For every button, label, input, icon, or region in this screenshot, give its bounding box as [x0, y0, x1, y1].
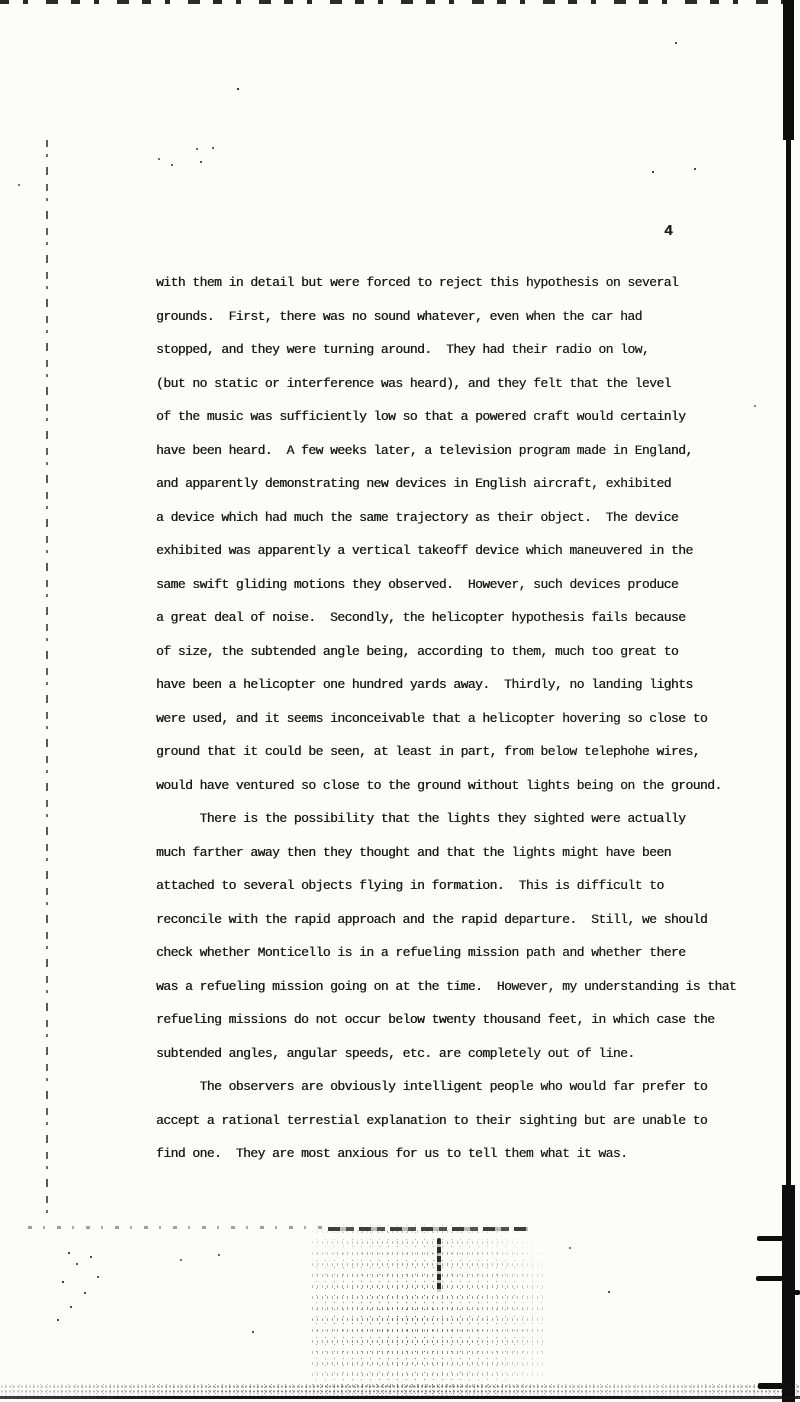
text-line: attached to several objects flying in fo…: [156, 869, 766, 903]
text-line: have been a helicopter one hundred yards…: [156, 668, 766, 702]
scan-artifact-speckle-cloud: [312, 1222, 547, 1400]
text-line: find one. They are most anxious for us t…: [156, 1137, 766, 1171]
scan-artifact-vertical-smudge: [437, 1238, 441, 1292]
scan-artifact-right-bar-top: [783, 0, 794, 140]
text-line: were used, and it seems inconceivable th…: [156, 702, 766, 736]
text-line: grounds. First, there was no sound whate…: [156, 300, 766, 334]
text-line: of the music was sufficiently low so tha…: [156, 400, 766, 434]
text-line: much farther away then they thought and …: [156, 836, 766, 870]
scan-artifact-tick-mark: [757, 1236, 784, 1241]
scan-artifact-bottom-edge-line: [0, 1396, 800, 1399]
text-line: a great deal of noise. Secondly, the hel…: [156, 601, 766, 635]
scan-artifact-speck-dots: [0, 0, 2, 2]
text-line: would have ventured so close to the grou…: [156, 769, 766, 803]
text-line: of size, the subtended angle being, acco…: [156, 635, 766, 669]
text-line: and apparently demonstrating new devices…: [156, 467, 766, 501]
text-line: ground that it could be seen, at least i…: [156, 735, 766, 769]
scan-artifact-dashed-line: [28, 1226, 328, 1229]
page-number: 4: [664, 223, 673, 240]
text-line: same swift gliding motions they observed…: [156, 568, 766, 602]
text-line: stopped, and they were turning around. T…: [156, 333, 766, 367]
scan-artifact-top-edge: [0, 0, 800, 4]
text-line: with them in detail but were forced to r…: [156, 266, 766, 300]
scan-artifact-tick-mark: [794, 1290, 800, 1295]
scanned-document-page: 4 with them in detail but were forced to…: [0, 0, 800, 1402]
text-line: exhibited was apparently a vertical take…: [156, 534, 766, 568]
scan-artifact-right-bar-middle: [786, 140, 791, 1185]
text-line: have been heard. A few weeks later, a te…: [156, 434, 766, 468]
scan-artifact-right-bar-bottom: [782, 1185, 795, 1402]
scan-artifact-left-dotted-line: [46, 140, 48, 1218]
text-line: refueling missions do not occur below tw…: [156, 1003, 766, 1037]
text-line: check whether Monticello is in a refueli…: [156, 936, 766, 970]
text-line: (but no static or interference was heard…: [156, 367, 766, 401]
text-line: was a refueling mission going on at the …: [156, 970, 766, 1004]
text-line: There is the possibility that the lights…: [156, 802, 766, 836]
text-line: subtended angles, angular speeds, etc. a…: [156, 1037, 766, 1071]
text-line: accept a rational terrestial explanation…: [156, 1104, 766, 1138]
scan-artifact-tick-mark: [756, 1276, 784, 1281]
text-line: a device which had much the same traject…: [156, 501, 766, 535]
text-line: The observers are obviously intelligent …: [156, 1070, 766, 1104]
text-line: reconcile with the rapid approach and th…: [156, 903, 766, 937]
document-text: with them in detail but were forced to r…: [156, 266, 766, 1171]
